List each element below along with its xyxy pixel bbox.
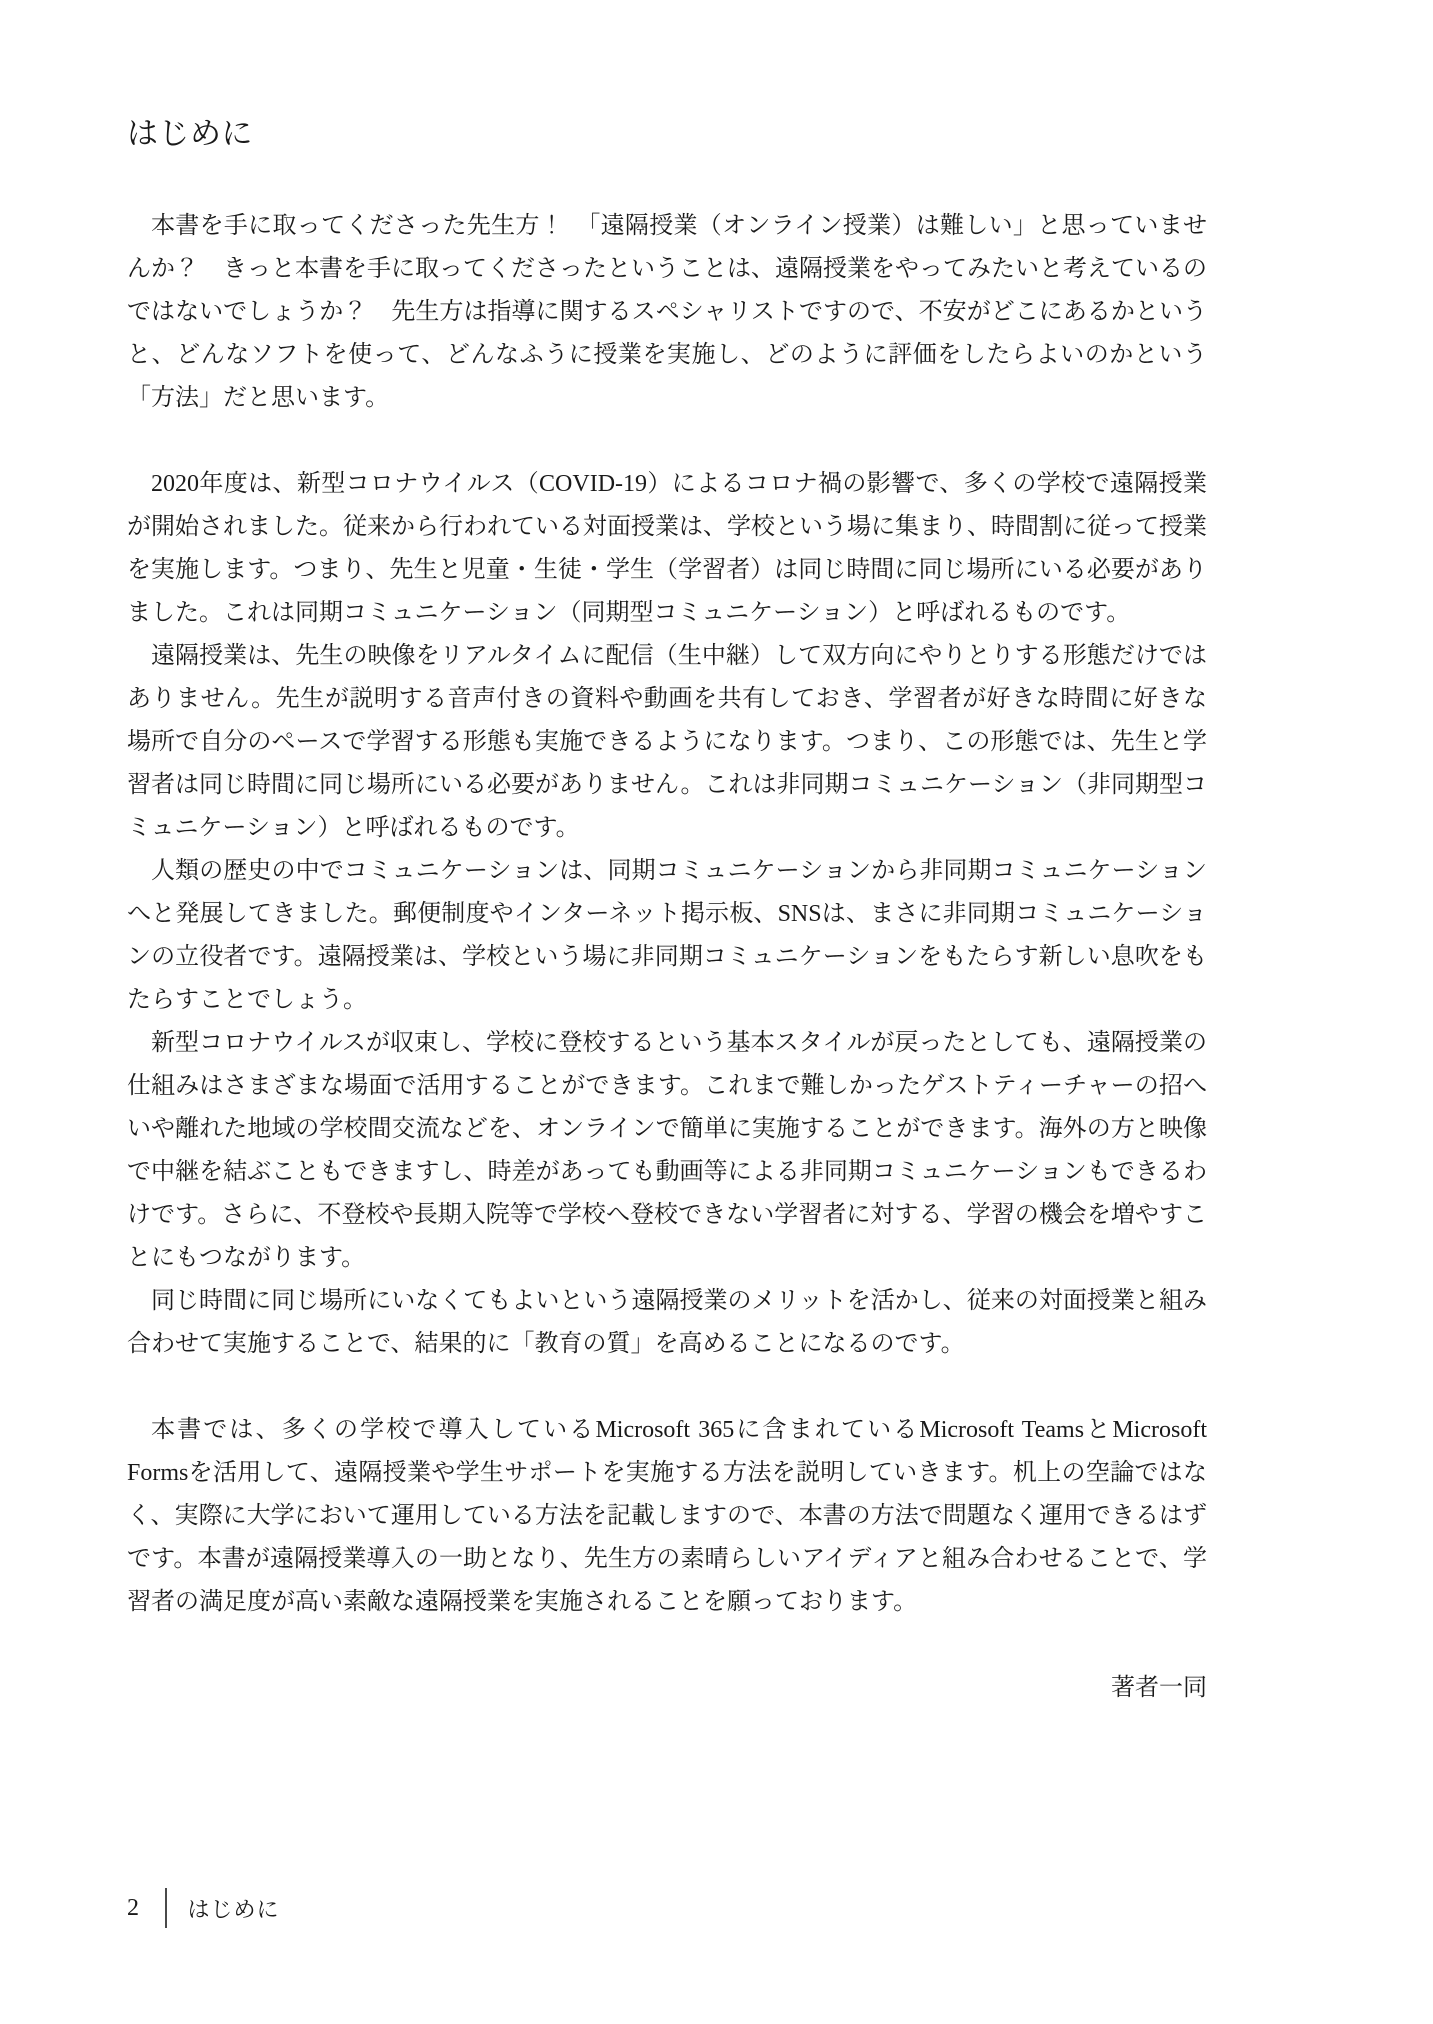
page-title: はじめに (127, 110, 1207, 158)
paragraph: 本書を手に取ってくださった先生方！ 「遠隔授業（オンライン授業）は難しい」と思っ… (127, 205, 1207, 420)
footer-section-title: はじめに (188, 1893, 280, 1924)
paragraph: 新型コロナウイルスが収束し、学校に登校するという基本スタイルが戻ったとしても、遠… (127, 1022, 1207, 1280)
paragraph: 2020年度は、新型コロナウイルス（COVID-19）によるコロナ禍の影響で、多… (127, 463, 1207, 635)
body-paragraphs: 本書を手に取ってくださった先生方！ 「遠隔授業（オンライン授業）は難しい」と思っ… (127, 205, 1207, 1624)
paragraph: 同じ時間に同じ場所にいなくてもよいという遠隔授業のメリットを活かし、従来の対面授… (127, 1280, 1207, 1366)
paragraph: 人類の歴史の中でコミュニケーションは、同期コミュニケーションから非同期コミュニケ… (127, 850, 1207, 1022)
paragraph: 本書では、多くの学校で導入しているMicrosoft 365に含まれているMic… (127, 1409, 1207, 1624)
footer-page-number: 2 (120, 1895, 146, 1922)
page-content: はじめに 本書を手に取ってくださった先生方！ 「遠隔授業（オンライン授業）は難し… (127, 110, 1207, 1710)
book-page: はじめに 本書を手に取ってくださった先生方！ 「遠隔授業（オンライン授業）は難し… (0, 0, 1433, 2024)
footer-divider-rule (165, 1888, 167, 1928)
page-footer: 2 はじめに (120, 1886, 280, 1930)
author-signature: 著者一同 (127, 1667, 1207, 1710)
paragraph: 遠隔授業は、先生の映像をリアルタイムに配信（生中継）して双方向にやりとりする形態… (127, 635, 1207, 850)
